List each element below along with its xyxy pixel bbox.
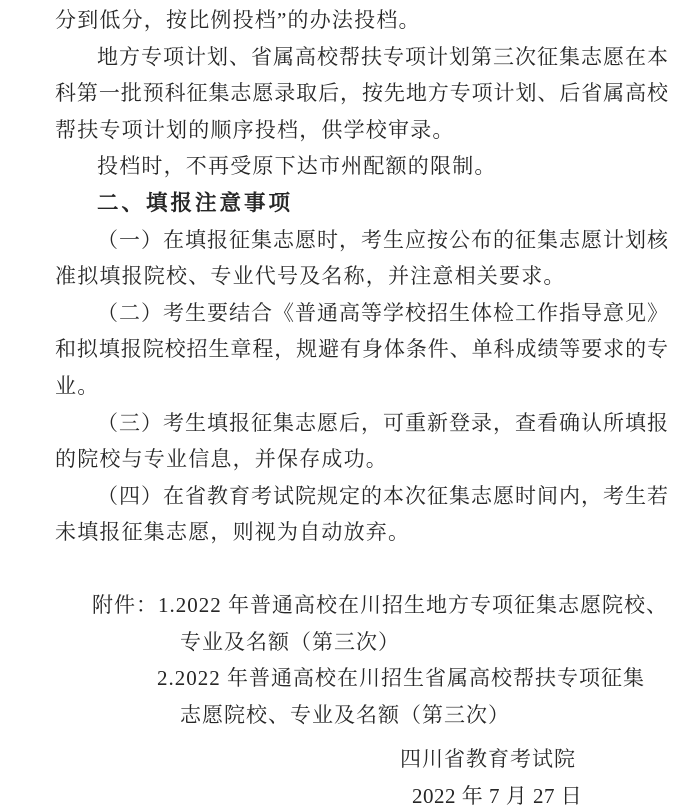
attachment-list: 附件：1.2022 年普通高校在川招生地方专项征集志愿院校、 专业及名额（第三次… [55,587,668,733]
document-body: 分到低分，按比例投档”的办法投档。 地方专项计划、省属高校帮扶专项计划第三次征集… [0,0,700,811]
paragraph-line: 的院校与专业信息，并保存成功。 [55,441,668,478]
paragraph-line: （一）在填报征集志愿时，考生应按公布的征集志愿计划核 [55,222,668,259]
paragraph-line: （二）考生要结合《普通高等学校招生体检工作指导意见》 [55,295,668,332]
signature-org: 四川省教育考试院 [55,741,668,778]
attachment-line: 附件：1.2022 年普通高校在川招生地方专项征集志愿院校、 [55,587,668,624]
paragraph-line: 投档时，不再受原下达市州配额的限制。 [55,148,668,185]
document-page: 分到低分，按比例投档”的办法投档。 地方专项计划、省属高校帮扶专项计划第三次征集… [0,0,700,811]
paragraph-line: （四）在省教育考试院规定的本次征集志愿时间内，考生若 [55,478,668,515]
paragraph-line: 业。 [55,368,668,405]
paragraph-line: 科第一批预科征集志愿录取后，按先地方专项计划、后省属高校 [55,75,668,112]
attachment-line: 志愿院校、专业及名额（第三次） [55,697,668,734]
paragraph-line: 未填报征集志愿，则视为自动放弃。 [55,514,668,551]
paragraph-line: 分到低分，按比例投档”的办法投档。 [55,2,668,39]
attachment-line: 2.2022 年普通高校在川招生省属高校帮扶专项征集 [55,660,668,697]
paragraph-line: （三）考生填报征集志愿后，可重新登录，查看确认所填报 [55,405,668,442]
section-heading: 二、填报注意事项 [55,185,668,222]
signature-date: 2022 年 7 月 27 日 [55,778,668,811]
paragraph-line: 准拟填报院校、专业代号及名称，并注意相关要求。 [55,258,668,295]
signature-block: 四川省教育考试院 2022 年 7 月 27 日 [55,741,668,811]
paragraph-line: 帮扶专项计划的顺序投档，供学校审录。 [55,112,668,149]
attachment-line: 专业及名额（第三次） [55,624,668,661]
paragraph-line: 和拟填报院校招生章程，规避有身体条件、单科成绩等要求的专 [55,331,668,368]
paragraph-line: 地方专项计划、省属高校帮扶专项计划第三次征集志愿在本 [55,39,668,76]
